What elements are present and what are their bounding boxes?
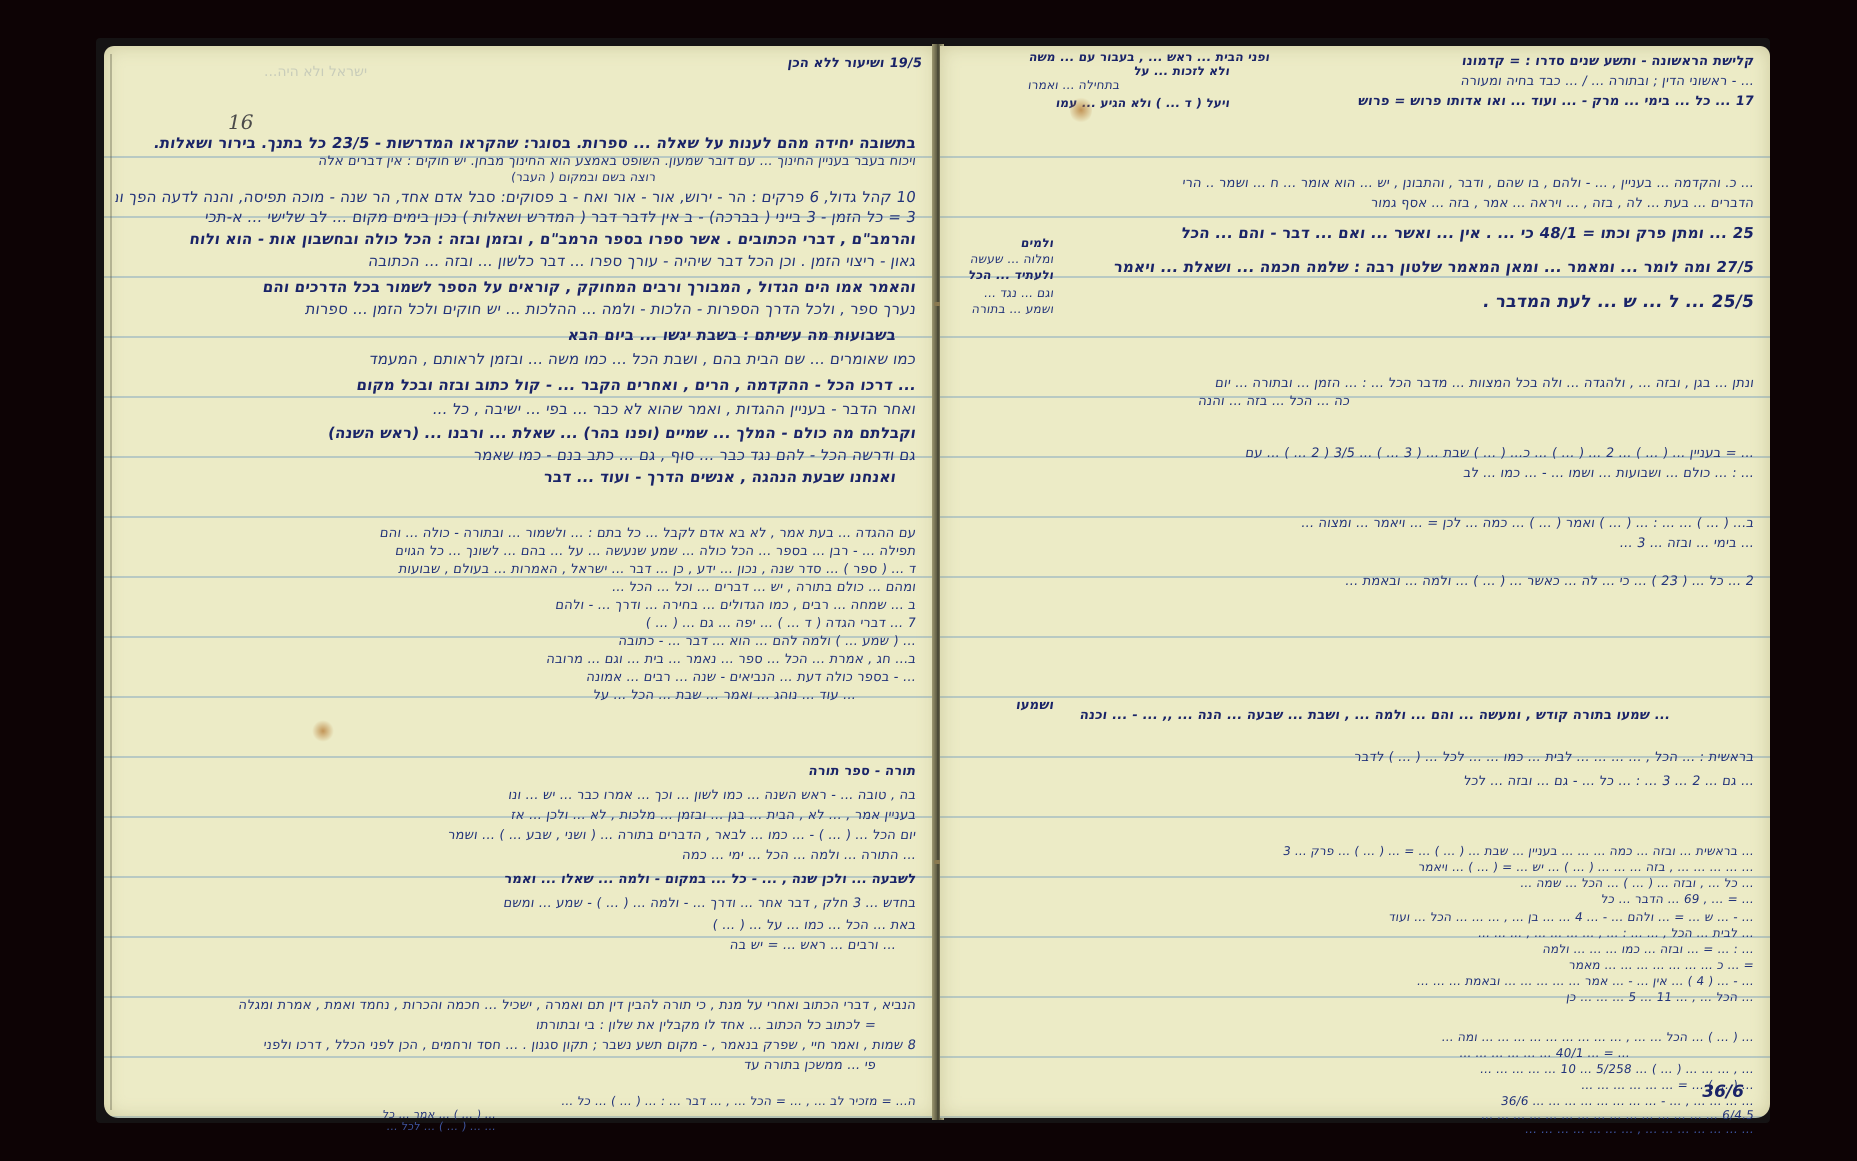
handwritten-line: 25/5 ... ל ... ש ... לעת המדבר . (1233, 292, 1756, 312)
handwritten-line: פי ... ממשכן בתורה עד (375, 1058, 877, 1073)
margin-note: ולמים (943, 236, 1055, 250)
handwritten-line: נערך ספר , ולכל הדרך הספרות - הלכות - ול… (115, 300, 918, 318)
handwritten-line: ... גם ... 2 ... 3 ... : ... כל ... - גם… (963, 774, 1755, 789)
handwritten-line: 10 קהל גדול, 6 פרקים : הר - ירוש, אור - … (115, 188, 918, 206)
handwritten-line: ... : ... = ... ובזה ... כמו ... ... ...… (963, 942, 1755, 956)
handwritten-line: כמו שאומרים ... שם הבית בהם , ושבת הכל .… (115, 350, 918, 368)
margin-note: ושמע ... בתורה (943, 302, 1055, 316)
handwritten-line: בשבועות מה עשיתם : בשבת יגשו ... ביום הב… (195, 326, 898, 344)
margin-note: ולעתיד ... הכל (943, 268, 1055, 282)
date-annotation: 36/6 (1702, 1082, 1744, 1102)
handwritten-line: ואחר הדבר - בעניין ההגדות , ואמר שהוא לא… (115, 400, 918, 418)
handwritten-line: הדברים ... בעת ... לה , בזה , ... ויראה … (973, 196, 1755, 211)
handwritten-line: ... , ... ... ... ( ... ) ... 5/258 ... … (963, 1062, 1755, 1076)
handwritten-line: בתשובה יחידה מהם לענות על שאלה ... ספרות… (115, 134, 918, 152)
handwritten-line: בעניין אמר , ... לא , הבית ... בגן ... ו… (115, 808, 917, 823)
right-page: ופני הבית ... ראש ... , בעבור עם ... משה… (940, 46, 1770, 1118)
handwritten-line: ד ... ( ספר ) ... סדר שנה , נכון ... ידע… (115, 562, 917, 577)
handwritten-line: גאון - ריצוי הזמן . וכן הכל דבר שיהיה - … (135, 252, 918, 270)
handwritten-line: ... בימי ... ובזה ... 3 ... (1253, 536, 1755, 551)
top-right-note: 19/5 ושיעור ללא הכן (701, 56, 923, 71)
handwritten-line: 2 ... כל ... ( 23 ) ... כי ... לה ... כא… (963, 574, 1755, 589)
handwritten-line: 3 = כל הזמן - 3 בייני ( בברכה) - ב אין ל… (115, 208, 918, 226)
handwritten-line: ... ורבים ... ראש ... = יש בה (635, 938, 897, 953)
ink-stain (1070, 96, 1092, 124)
handwritten-line: ... שמעו בתורה קודש , ומעשה ... והם ... … (969, 708, 1671, 723)
handwritten-line: ... = בעניין ... ( ... ) ... 2 ... ( ...… (963, 446, 1755, 461)
handwritten-line: ... ( ... ) ... = ... ... ... ... ... ..… (963, 1078, 1755, 1092)
handwritten-line: 25 ... ומתן פרק וכתו = 48/1 כי ... . אין… (1033, 224, 1756, 242)
top-note: ופני הבית ... ראש ... , בעבור עם ... משה (969, 50, 1271, 64)
ink-stain (312, 720, 334, 742)
handwritten-line: והרמב"ם , דברי הכתובים . אשר ספרו בספר ה… (115, 230, 918, 248)
handwritten-line: ב... ( ... ) ... ... : ... ( ... ) ואמר … (963, 516, 1755, 531)
handwritten-line: ונתן ... בגן , ובזה ... , ולהגדה ... ולה… (973, 376, 1755, 391)
handwritten-line: ... בראשית ... ובזה ... כמה ... ... ... … (963, 844, 1755, 858)
handwritten-line: ... ... ... ... , ... - ... ... ... ... … (963, 1094, 1755, 1108)
handwritten-line: 7 ... דברי הגדה ( ד ... ) ... יפה ... גם… (115, 616, 917, 631)
handwritten-line: ... - בספר כולה דעת ... הנביאים - שנה ..… (115, 670, 917, 685)
handwritten-line: באת ... הכל ... כמו ... על ... ( ... ) (115, 918, 917, 933)
handwritten-line: ... התורה ... ולמה ... הכל ... ימי ... כ… (115, 848, 917, 863)
handwritten-line: ב... חג , אמרת ... הכל ... ספר ... נאמר … (115, 652, 917, 667)
section-heading: תורה - ספר תורה (695, 764, 917, 779)
handwritten-line: 6/4.5 ... ... ... ... ... ... ... ... ..… (963, 1108, 1755, 1122)
handwritten-line: ... - ... ( 4 ) ... אין ... - ... אמר ..… (963, 974, 1755, 988)
faint-header-text: ...ישראל ולא היה (264, 64, 367, 80)
handwritten-line: 8 שמות , ואמר חיי , שפרק בנאמר , - מקום … (115, 1038, 917, 1053)
handwritten-line: ואנחנו שבעת הנהגה , אנשים הדרך - ועוד ..… (195, 468, 898, 486)
handwritten-line: 27/5 ומה לומר ... ומאמר ... ומאן המאמר ש… (1053, 258, 1756, 276)
handwritten-line: לשבעה ... ולכן שנה , ... - כל ... במקום … (115, 872, 917, 887)
handwritten-line: יום הכל ... ( ... ) - ... כמו ... לבאר ,… (115, 828, 917, 843)
handwritten-line: תפילה ... - רבן ... בספר ... הכל כולה ..… (115, 544, 917, 559)
handwritten-line: ... : ... כולם ... ושבועות ... ושמו ... … (963, 466, 1755, 481)
handwritten-line: ... ... ( ... ) ... לכל ... (195, 1120, 497, 1133)
handwritten-line: כה ... הכל ... בזה ... והנה (989, 394, 1351, 409)
handwritten-line: ... ... ... ... ... ... ... , ... ... ..… (963, 1122, 1755, 1136)
handwritten-line: ... = ... , 69 ... הדבר ... כל (1253, 892, 1755, 906)
handwritten-line: בראשית : ... הכל , ... ... ... ... לבית … (963, 750, 1755, 765)
handwritten-line: עם ההגדה ... בעת אמר , לא בא אדם לקבל ..… (115, 526, 917, 541)
handwritten-line: ה... = מזכיר לב ... , ... = הכל ... , ..… (115, 1094, 917, 1108)
handwritten-line: והאמר אמו הים הגדול , המבורך ורבים המחוק… (135, 278, 918, 296)
top-note: ויעל ( ד ... ) ולא הגיע ... עמו (969, 96, 1231, 110)
handwritten-line: = ... כ ... ... ... ... ... ... ... מאמר (963, 958, 1755, 972)
handwritten-line: ... כל ... , ובזה ... ( ... ) ... הכל ..… (963, 876, 1755, 890)
handwritten-line: ב ... שמחה ... רבים , כמו הגדולים ... בח… (115, 598, 917, 613)
handwritten-line: ... - ... ש ... = ... ולהם ... - ... 4 .… (963, 910, 1755, 924)
handwritten-line: רוצה בשם ובמקום ( העבר) (395, 170, 657, 184)
margin-note: ומלוה ... שעשה (943, 252, 1055, 266)
top-right-heading-line: קלישת הראשונה - ותשע שנים סדרו : = קדמונ… (1283, 54, 1755, 69)
handwritten-line: = לכתוב כל הכתוב ... אחד לו מקבלין את של… (455, 1018, 877, 1033)
top-note: בתחילה ... ואמרו (969, 78, 1121, 92)
handwritten-line: הנביא , דברי הכתוב ואחרי על מנת , כי תור… (175, 998, 917, 1013)
margin-note: וגם ... נגד ... (943, 286, 1055, 300)
handwritten-line: ... לבית ... הכל , ... ... : ... , ... .… (963, 926, 1755, 940)
handwritten-line: ומהם ... כולם בתורה , יש ... דברים ... ו… (115, 580, 917, 595)
handwritten-line: ... עוד ... נוהג ... ואמר ... שבת ... הכ… (155, 688, 857, 703)
handwritten-line: בחדש ... 3 חלק , דבר אחר ... ודרך ... - … (115, 896, 917, 911)
top-right-line: ... - ראשוני הדין ; ובתורה ... / ... כבד… (1313, 74, 1755, 89)
handwritten-line: ויכוח בעבר בעניין החינוך ... עם דובר שמע… (135, 154, 917, 169)
handwritten-line: וקבלתם מה כולם - המלך ... שמיים (ופנו בה… (135, 424, 918, 442)
handwritten-line: גם ודרשה הכל - להם נגד כבר ... סוף , גם … (135, 446, 918, 464)
left-page: 16 ...ישראל ולא היה 19/5 ושיעור ללא הכן … (104, 46, 936, 1118)
handwritten-line: ... ( ... ) ... הכל ... ... , ... ... ..… (963, 1030, 1755, 1044)
handwritten-line: בה , טובה ... - ראש השנה ... כמו לשון ..… (115, 788, 917, 803)
handwritten-line: ... כ. והקדמה ... בעניין , ... - ולהם , … (973, 176, 1755, 191)
handwritten-line: ... = ... 40/1 ... ... ... ... ... ... (1129, 1046, 1631, 1060)
handwritten-line: ... ... ... ... ... , בזה ... ... ... ( … (963, 860, 1755, 874)
top-right-line: 17 ... כל ... בימי ... מרק - ... ועוד ..… (1293, 94, 1755, 109)
handwritten-line: ... דרכו הכל - ההקדמה , הרים , ואחרים הק… (135, 376, 918, 394)
handwritten-line: ... הכל ... , ... 11 ... 5 ... ... ... כ… (963, 990, 1755, 1004)
page-number: 16 (228, 110, 253, 134)
handwritten-line: ... ( שמע ... ) ולמה להם ... הוא ... דבר… (115, 634, 917, 649)
top-note: ולא לזכות ... על (1049, 64, 1231, 78)
